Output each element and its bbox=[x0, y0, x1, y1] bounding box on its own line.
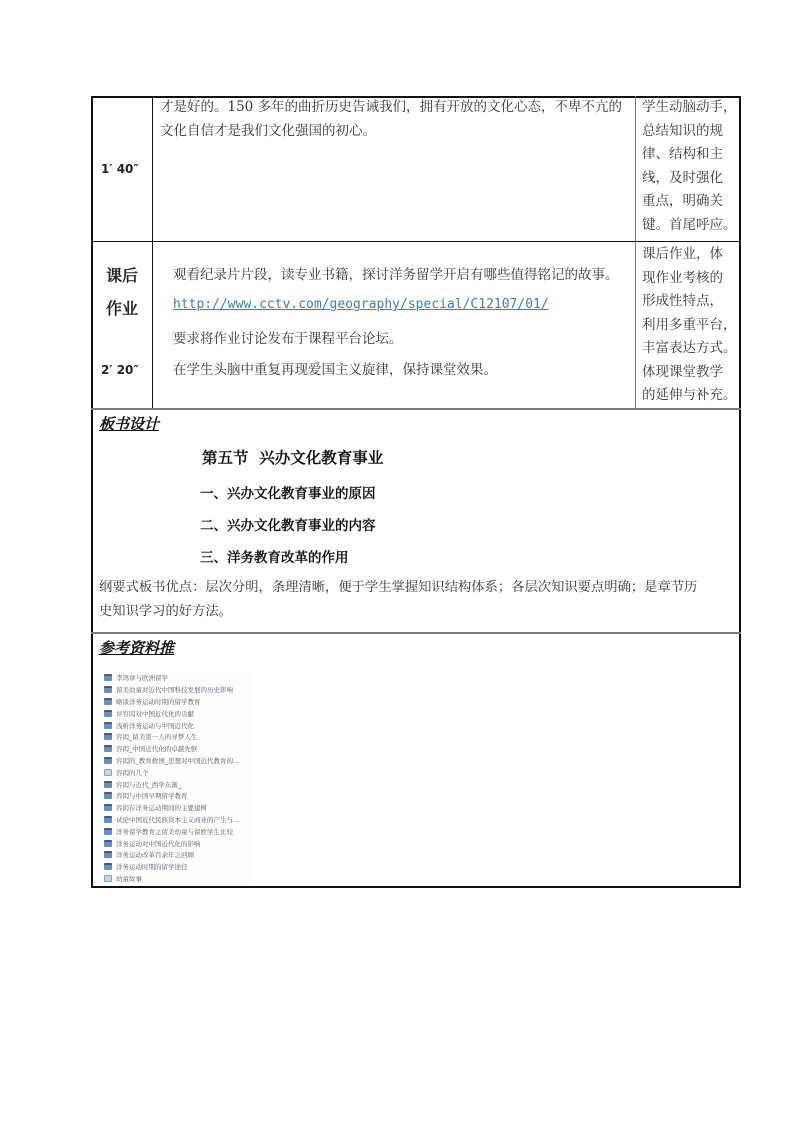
section-divider-board bbox=[91, 408, 741, 410]
file-item[interactable]: 容闳的几个 bbox=[104, 766, 252, 778]
board-point-3: 三、洋务教育改革的作用 bbox=[200, 546, 349, 566]
homework-effect: 在学生头脑中重复再现爱国主义旋律，保持课堂效果。 bbox=[173, 356, 497, 384]
homework-link[interactable]: http://www.cctv.com/geography/special/C1… bbox=[173, 297, 549, 312]
document-icon bbox=[104, 733, 112, 740]
note-line: 总结知识的规 bbox=[642, 120, 738, 144]
document-icon bbox=[104, 863, 112, 870]
image-file-icon bbox=[104, 875, 112, 882]
document-icon bbox=[104, 792, 112, 799]
file-item[interactable]: 评容闳对中国近代化的贡献 bbox=[104, 707, 252, 719]
document-icon bbox=[104, 804, 112, 811]
board-design-title: 板书设计 bbox=[99, 413, 159, 434]
document-icon bbox=[104, 757, 112, 764]
board-point-2: 二、兴办文化教育事业的内容 bbox=[200, 514, 376, 534]
file-item[interactable]: 容闳与中国早期留学教育 bbox=[104, 790, 252, 802]
note-line: 律、结构和主 bbox=[642, 143, 738, 167]
file-item[interactable]: 李鸿章与欧洲留学 bbox=[104, 672, 252, 684]
document-icon bbox=[104, 851, 112, 858]
note-line: 课后作业，体 bbox=[642, 243, 738, 267]
file-item[interactable]: 容闳与近代_西学东渐_ bbox=[104, 778, 252, 790]
file-item[interactable]: 洋务运动时期的留学途径 bbox=[104, 861, 252, 873]
homework-label-line-2: 作业 bbox=[106, 296, 138, 319]
file-item[interactable]: 容闳_中国近代化的卓越先驱 bbox=[104, 743, 252, 755]
file-item[interactable]: 容闳的_教育救国_思想对中国近代教育的... bbox=[104, 755, 252, 767]
document-icon bbox=[104, 722, 112, 729]
note-line: 线，及时强化 bbox=[642, 167, 738, 191]
table-border-right bbox=[739, 96, 741, 888]
summary-note: 学生动脑动手， 总结知识的规 律、结构和主 线，及时强化 重点，明确关 键。首尾… bbox=[642, 96, 738, 237]
reference-file-list: 李鸿章与欧洲留学 留美幼童对近代中国科技发展的历史影响 略谈洋务运动时期的留学教… bbox=[104, 672, 252, 884]
summary-time: 1′ 40″ bbox=[101, 162, 139, 176]
file-item[interactable]: 洋务运动对中国近代化的影响 bbox=[104, 837, 252, 849]
document-icon bbox=[104, 828, 112, 835]
note-line: 的延伸与补充。 bbox=[642, 384, 738, 408]
document-icon bbox=[104, 710, 112, 717]
note-line: 体现课堂教学 bbox=[642, 361, 738, 385]
note-line: 重点，明确关 bbox=[642, 190, 738, 214]
document-icon bbox=[104, 745, 112, 752]
table-border-bottom bbox=[91, 886, 741, 888]
section-divider-references bbox=[91, 632, 741, 634]
note-line: 形成性特点， bbox=[642, 290, 738, 314]
note-line: 键。首尾呼应。 bbox=[642, 214, 738, 238]
note-line: 学生动脑动手， bbox=[642, 96, 738, 120]
column-divider-time bbox=[152, 96, 153, 409]
file-item[interactable]: 容闳_留美第一人的寻梦人生 bbox=[104, 731, 252, 743]
file-item[interactable]: 洋务运动改革百余年之回顾 bbox=[104, 849, 252, 861]
file-item[interactable]: 试论中国近代民族资本主义商业的产生与... bbox=[104, 814, 252, 826]
row-divider-homework bbox=[91, 241, 741, 242]
table-border-left bbox=[91, 96, 93, 888]
file-item[interactable]: 幼童故事 bbox=[104, 873, 252, 885]
file-item[interactable]: 留美幼童对近代中国科技发展的历史影响 bbox=[104, 684, 252, 696]
homework-task: 观看纪录片片段，读专业书籍，探讨洋务留学开启有哪些值得铭记的故事。 bbox=[173, 261, 619, 289]
board-heading: 第五节 兴办文化教育事业 bbox=[202, 446, 383, 468]
file-item[interactable]: 洋务留学教育之留美幼童与留欧学生比较 bbox=[104, 825, 252, 837]
document-icon bbox=[104, 840, 112, 847]
homework-note: 课后作业，体 现作业考核的 形成性特点， 利用多重平台， 丰富表达方式。 体现课… bbox=[642, 243, 738, 408]
file-item[interactable]: 略谈洋务运动时期的留学教育 bbox=[104, 696, 252, 708]
references-title: 参考资料推 bbox=[99, 637, 174, 658]
document-icon bbox=[104, 698, 112, 705]
board-comment-line-2: 史知识学习的好方法。 bbox=[99, 598, 232, 626]
document-icon bbox=[104, 816, 112, 823]
note-line: 现作业考核的 bbox=[642, 267, 738, 291]
board-point-1: 一、兴办文化教育事业的原因 bbox=[200, 482, 376, 502]
document-icon bbox=[104, 781, 112, 788]
homework-time: 2′ 20″ bbox=[101, 363, 139, 377]
homework-label-line-1: 课后 bbox=[106, 263, 138, 286]
image-file-icon bbox=[104, 769, 112, 776]
homework-requirement: 要求将作业讨论发布于课程平台论坛。 bbox=[173, 325, 403, 353]
file-item[interactable]: 容闳在洋务运动期间的主要建树 bbox=[104, 802, 252, 814]
note-line: 利用多重平台， bbox=[642, 314, 738, 338]
document-icon bbox=[104, 674, 112, 681]
summary-content-line-2: 文化自信才是我们文化强国的初心。 bbox=[160, 117, 376, 145]
column-divider-note bbox=[635, 96, 636, 409]
note-line: 丰富表达方式。 bbox=[642, 337, 738, 361]
document-icon bbox=[104, 686, 112, 693]
file-item[interactable]: 浅析洋务运动与中国近代化 bbox=[104, 719, 252, 731]
